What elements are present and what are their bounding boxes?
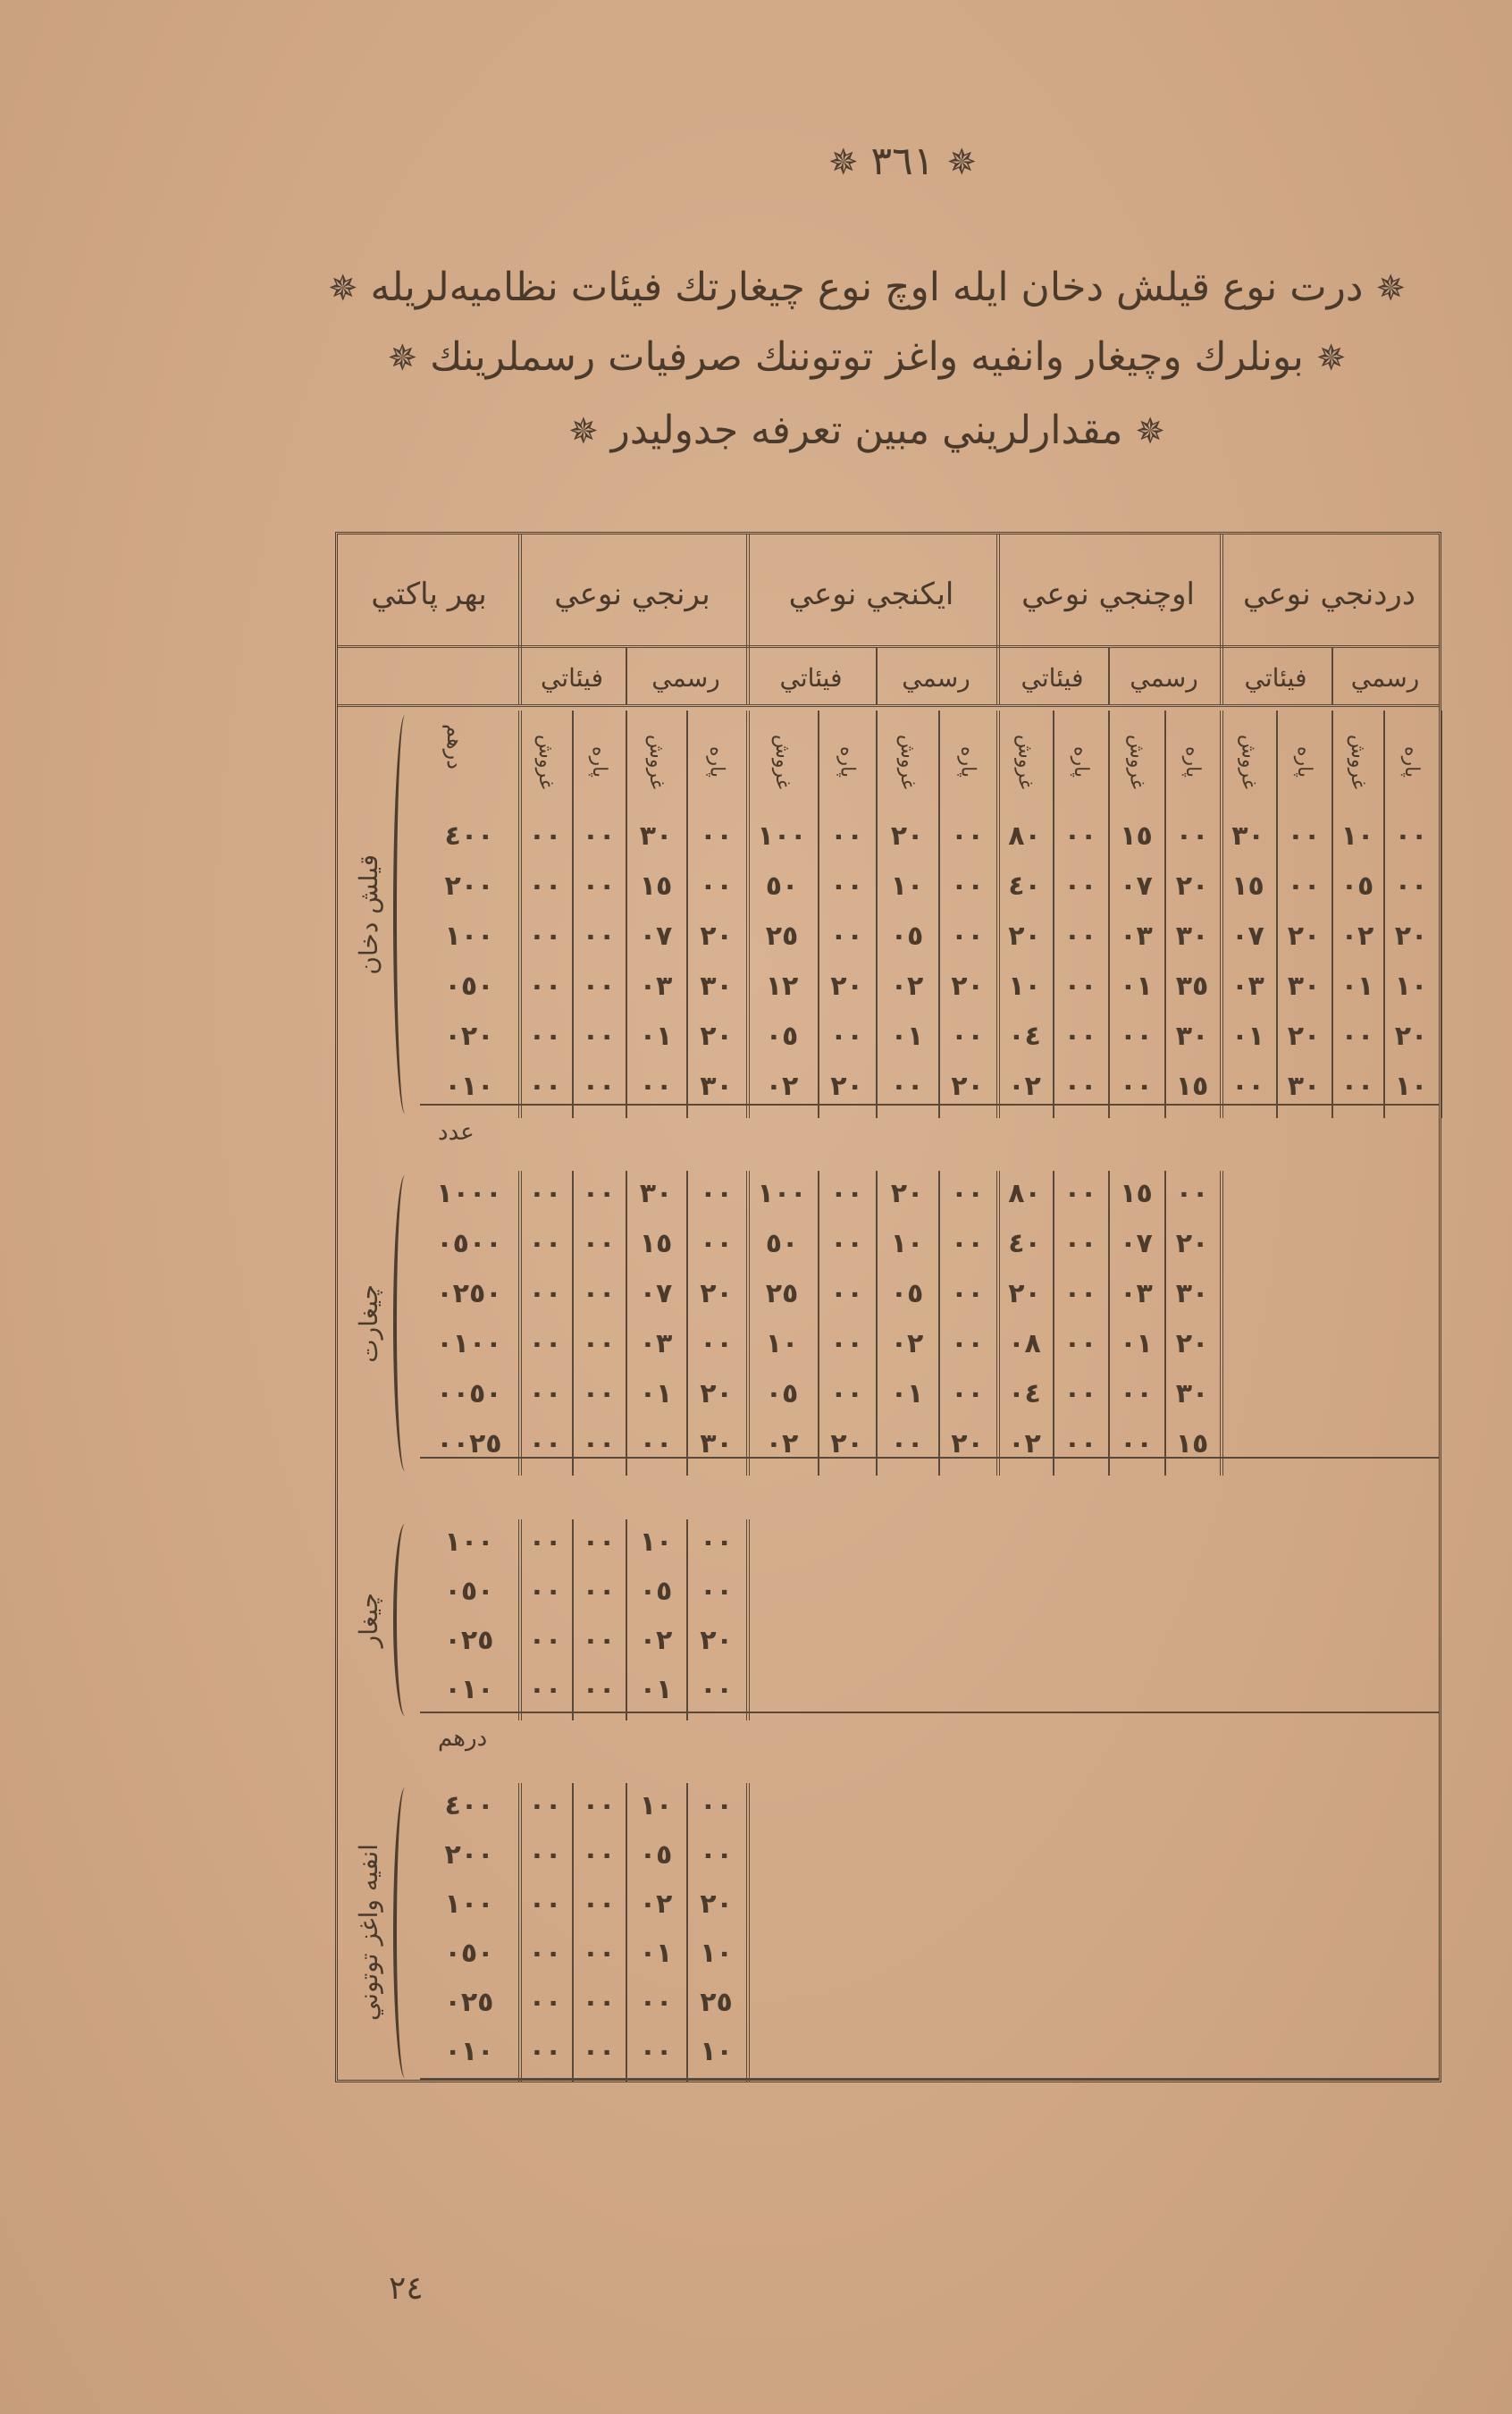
value-cell: ٣٠	[1220, 813, 1276, 858]
value-cell: ٠٠	[1053, 1014, 1108, 1058]
value-cell: ٢٠	[686, 1618, 746, 1662]
ornament-icon: ✵	[1316, 338, 1347, 379]
value-cell: ٠٢	[1331, 913, 1383, 958]
value-cell: ٠٠	[938, 1321, 996, 1366]
value-cell: ٠٢	[746, 1421, 818, 1466]
value-cell: ٠٥	[876, 1271, 938, 1316]
unit-label: عدد	[438, 1119, 475, 1146]
value-cell: ٢٠	[996, 913, 1053, 958]
value-cell: ٠٣	[1108, 913, 1164, 958]
value-cell: ٠٠	[938, 913, 996, 958]
value-cell: ٠٠	[938, 1371, 996, 1416]
value-cell: ٠٠	[818, 1321, 876, 1366]
title-line-2: ✵ بونلرك وچيغار وانفيه واغز توتوننك صرفي…	[268, 338, 1466, 377]
brace-icon	[393, 1175, 413, 1471]
section-name-text: انفيه واغز توتوني	[354, 1844, 383, 2021]
value-cell: ١٠	[746, 1321, 818, 1366]
value-cell: ٠٧	[1220, 913, 1276, 958]
value-cell: ١٠	[626, 1519, 686, 1564]
value-cell: ٠٠	[1053, 863, 1108, 908]
value-cell: ٠٠	[626, 2029, 686, 2073]
value-cell: ١٠	[626, 1783, 686, 1828]
quantity-cell: ٠٢٥٠	[420, 1271, 518, 1316]
subheader-resmi: رسمي	[1108, 651, 1220, 704]
value-cell: ٠٢	[876, 963, 938, 1008]
value-cell: ٢٠	[1276, 913, 1331, 958]
value-cell: ٠٠	[572, 1832, 626, 1877]
brace-icon	[393, 715, 413, 1114]
value-cell: ٠٠	[572, 813, 626, 858]
value-cell: ٠٠	[518, 1980, 572, 2024]
ornament-icon: ✵	[328, 268, 358, 309]
quantity-cell: ٢٠٠	[420, 863, 518, 908]
value-cell: ٢٠	[938, 1421, 996, 1466]
value-cell: ٠٠	[572, 1171, 626, 1215]
value-cell: ٠٠	[938, 1271, 996, 1316]
unit-kurus: غروش	[876, 719, 938, 804]
header-type-4: دردنجي نوعي	[1220, 541, 1439, 648]
title-text-2: بونلرك وچيغار وانفيه واغز توتوننك صرفيات…	[430, 334, 1304, 380]
value-cell: ٢٠	[818, 1064, 876, 1108]
value-cell: ١٥	[626, 863, 686, 908]
value-cell: ٠٠	[518, 1271, 572, 1316]
value-cell: ٠٠	[818, 1014, 876, 1058]
value-cell: ٢٠	[686, 1014, 746, 1058]
value-cell: ٠٥	[746, 1014, 818, 1058]
unit-kurus: غروش	[746, 719, 818, 804]
value-cell: ٠٠	[518, 1832, 572, 1877]
value-cell: ٠٢	[626, 1618, 686, 1662]
value-cell: ٠٣	[626, 963, 686, 1008]
quantity-cell: ٠٢٠	[420, 1014, 518, 1058]
value-cell: ٠٠	[686, 1519, 746, 1564]
value-cell: ٠٠	[572, 1783, 626, 1828]
value-cell: ٣٠	[1164, 1014, 1220, 1058]
value-cell: ٢٠	[686, 1371, 746, 1416]
value-cell: ٠٠	[686, 1221, 746, 1266]
value-cell: ٠٠	[938, 1014, 996, 1058]
value-cell: ١٠	[1383, 1064, 1439, 1108]
value-cell: ٣٠	[626, 1171, 686, 1215]
value-cell: ٢٠	[1383, 913, 1439, 958]
value-cell: ٣٠	[686, 1064, 746, 1108]
value-cell: ٣٠	[1164, 913, 1220, 958]
value-cell: ٠٠	[518, 1569, 572, 1613]
value-cell: ٠٠	[518, 1783, 572, 1828]
quantity-cell: ٠١٠	[420, 1064, 518, 1108]
value-cell: ٠٢	[876, 1321, 938, 1366]
value-cell: ٠٠	[572, 2029, 626, 2073]
value-cell: ٠٤	[996, 1371, 1053, 1416]
value-cell: ٠٠	[876, 1421, 938, 1466]
value-cell: ٠٠	[818, 1221, 876, 1266]
value-cell: ٠٠	[1331, 1014, 1383, 1058]
value-cell: ٠٠	[1276, 813, 1331, 858]
value-cell: ٠٠	[572, 1569, 626, 1613]
value-cell: ٠٠	[818, 1371, 876, 1416]
value-cell: ٠٠	[818, 863, 876, 908]
unit-para: پاره	[686, 719, 746, 804]
value-cell: ٢٥	[746, 913, 818, 958]
value-cell: ١٥	[626, 1221, 686, 1266]
subheader-resmi: رسمي	[876, 651, 996, 704]
signature-mark: ٢٤	[389, 2270, 424, 2307]
value-cell: ٠٠	[876, 1064, 938, 1108]
unit-para: پاره	[1276, 719, 1331, 804]
quantity-cell: ١٠٠	[420, 1519, 518, 1564]
value-cell: ٠٠	[572, 1667, 626, 1712]
value-cell: ٠٧	[626, 1271, 686, 1316]
value-cell: ١٥	[1108, 1171, 1164, 1215]
page-number: ✵ ٣٦١ ✵	[804, 139, 1001, 184]
quantity-cell: ٠٢٥	[420, 1980, 518, 2024]
quantity-cell: ١٠٠٠	[420, 1171, 518, 1215]
value-cell: ٠٢	[996, 1064, 1053, 1108]
value-cell: ٢٥	[686, 1980, 746, 2024]
value-cell: ٣٠	[1276, 1064, 1331, 1108]
unit-kurus: غروش	[996, 719, 1053, 804]
rule-line	[420, 2078, 1439, 2080]
value-cell: ٨٠	[996, 1171, 1053, 1215]
value-cell: ٣٠	[686, 1421, 746, 1466]
value-cell: ٠٠	[686, 1783, 746, 1828]
value-cell: ٠٠	[686, 863, 746, 908]
value-cell: ٠٠	[1053, 1371, 1108, 1416]
value-cell: ٢٠	[818, 1421, 876, 1466]
title-line-1: ✵ درت نوع قيلش دخان ايله اوچ نوع چيغارتك…	[268, 268, 1466, 307]
value-cell: ٠٠	[572, 1519, 626, 1564]
unit-para: پاره	[1383, 719, 1439, 804]
value-cell: ٠٥	[626, 1569, 686, 1613]
rule-line	[338, 704, 1439, 707]
value-cell: ٠٧	[1108, 1221, 1164, 1266]
value-cell: ٨٠	[996, 813, 1053, 858]
value-cell: ٠٧	[626, 913, 686, 958]
value-cell: ٠٠	[518, 1881, 572, 1926]
value-cell: ٠٠	[1053, 813, 1108, 858]
value-cell: ٢٠	[686, 913, 746, 958]
subheader-resmi: رسمي	[626, 651, 746, 704]
value-cell: ٠٠	[938, 1221, 996, 1266]
unit-kurus: غروش	[1108, 719, 1164, 804]
title-text-3: مقدارلريني مبين تعرفه جدوليدر	[611, 408, 1123, 453]
page-number-value: ٣٦١	[871, 139, 935, 184]
value-cell: ٠٠	[1053, 1271, 1108, 1316]
section-name: انفيه واغز توتوني	[344, 1783, 393, 2082]
value-cell: ٠٠	[1053, 1171, 1108, 1215]
unit-kurus: غروش	[626, 719, 686, 804]
value-cell: ٠٠	[1053, 1064, 1108, 1108]
value-cell: ٠٠	[518, 1321, 572, 1366]
value-cell: ٠٠	[686, 1321, 746, 1366]
quantity-cell: ٠١٠	[420, 2029, 518, 2073]
value-cell: ٠٠	[1108, 1421, 1164, 1466]
quantity-cell: ١٠٠	[420, 913, 518, 958]
section-name: چيغارت	[344, 1171, 393, 1476]
value-cell: ٠٥	[626, 1832, 686, 1877]
value-cell: ٠٠	[1108, 1014, 1164, 1058]
value-cell: ٢٠	[818, 963, 876, 1008]
value-cell: ٠١	[626, 1667, 686, 1712]
quantity-cell: ٤٠٠	[420, 813, 518, 858]
subheader-fiyati: فيئاتي	[1220, 651, 1331, 704]
quantity-cell: ٠١٠٠	[420, 1321, 518, 1366]
value-cell: ٠٠	[572, 1221, 626, 1266]
value-cell: ٠٠	[1383, 813, 1439, 858]
subheader-resmi: رسمي	[1331, 651, 1439, 704]
value-cell: ٣٠	[1164, 1371, 1220, 1416]
unit-label: درهم	[442, 724, 467, 770]
value-cell: ٠٥	[1331, 863, 1383, 908]
value-cell: ٢٠	[938, 1064, 996, 1108]
value-cell: ٣٠	[686, 963, 746, 1008]
value-cell: ٠٠	[1383, 863, 1439, 908]
value-cell: ١٥	[1108, 813, 1164, 858]
value-cell: ٢٠	[1164, 1321, 1220, 1366]
value-cell: ٠٠	[518, 1421, 572, 1466]
value-cell: ١٥	[1164, 1421, 1220, 1466]
value-cell: ٠٠	[518, 1667, 572, 1712]
value-cell: ٢٠	[1383, 1014, 1439, 1058]
value-cell: ٠٠	[518, 1519, 572, 1564]
value-cell: ٣٠	[1276, 963, 1331, 1008]
value-cell: ٠٠	[518, 1014, 572, 1058]
value-cell: ٠٤	[996, 1014, 1053, 1058]
value-cell: ٠٠	[572, 1064, 626, 1108]
header-type-1: برنجي نوعي	[518, 541, 746, 648]
value-cell: ٢٠	[938, 963, 996, 1008]
value-cell: ٠١	[626, 1371, 686, 1416]
value-cell: ٠١	[626, 1930, 686, 1975]
subheader-fiyati: فيئاتي	[996, 651, 1108, 704]
value-cell: ١٠	[686, 1930, 746, 1975]
value-cell: ٢٠	[1164, 1221, 1220, 1266]
value-cell: ٥٠	[746, 1221, 818, 1266]
value-cell: ٠٠	[518, 863, 572, 908]
value-cell: ٠٠	[1053, 1421, 1108, 1466]
value-cell: ٠٢	[626, 1881, 686, 1926]
value-cell: ٠١	[1108, 963, 1164, 1008]
quantity-cell: ٠١٠	[420, 1667, 518, 1712]
value-cell: ٠٠	[938, 1171, 996, 1215]
value-cell: ٠٠	[572, 1271, 626, 1316]
header-per-packet: بهر پاكتي	[340, 541, 518, 648]
column-rule	[746, 1783, 750, 2082]
value-cell: ٠٠	[518, 963, 572, 1008]
title-line-3: ✵ مقدارلريني مبين تعرفه جدوليدر ✵	[268, 411, 1466, 450]
value-cell: ٢٠	[686, 1881, 746, 1926]
quantity-cell: ٠٢٥	[420, 1618, 518, 1662]
value-cell: ٠٠	[1053, 963, 1108, 1008]
value-cell: ٠٠	[818, 913, 876, 958]
value-cell: ٠٠	[1164, 1171, 1220, 1215]
column-rule	[1439, 711, 1442, 1118]
unit-para: پاره	[1164, 719, 1220, 804]
value-cell: ٠٠	[938, 863, 996, 908]
value-cell: ٠٠	[518, 2029, 572, 2073]
value-cell: ٣٥	[1164, 963, 1220, 1008]
value-cell: ٠٣	[626, 1321, 686, 1366]
value-cell: ٠٠	[518, 913, 572, 958]
value-cell: ٠٨	[996, 1321, 1053, 1366]
value-cell: ١٠	[876, 1221, 938, 1266]
value-cell: ٣٠	[626, 813, 686, 858]
value-cell: ١٠٠	[746, 813, 818, 858]
value-cell: ١٠	[996, 963, 1053, 1008]
value-cell: ٠٠	[1164, 813, 1220, 858]
value-cell: ٠٠	[1276, 863, 1331, 908]
value-cell: ٠١	[876, 1371, 938, 1416]
value-cell: ٠٠	[572, 1930, 626, 1975]
unit-para: پاره	[1053, 719, 1108, 804]
value-cell: ١٥	[1220, 863, 1276, 908]
value-cell: ١٠٠	[746, 1171, 818, 1215]
brace-icon	[393, 1524, 413, 1716]
value-cell: ٠١	[1220, 1014, 1276, 1058]
quantity-cell: ٢٠٠	[420, 1832, 518, 1877]
value-cell: ٠٥	[876, 913, 938, 958]
value-cell: ٠١	[626, 1014, 686, 1058]
value-cell: ٢٠	[686, 1271, 746, 1316]
brace-icon	[393, 1787, 413, 2078]
value-cell: ٠٣	[1220, 963, 1276, 1008]
unit-label: درهم	[438, 1725, 487, 1752]
value-cell: ٢٠	[996, 1271, 1053, 1316]
value-cell: ١٢	[746, 963, 818, 1008]
value-cell: ٠٠	[818, 1271, 876, 1316]
value-cell: ٠٧	[1108, 863, 1164, 908]
value-cell: ٢٠	[1164, 863, 1220, 908]
value-cell: ٠٠	[572, 1014, 626, 1058]
value-cell: ٠٠	[518, 1930, 572, 1975]
value-cell: ١٠	[1383, 963, 1439, 1008]
value-cell: ٠٠	[518, 1171, 572, 1215]
rule-line	[420, 1712, 1439, 1713]
unit-kurus: غروش	[1331, 719, 1383, 804]
ornament-icon: ✵	[568, 411, 599, 452]
section-name: چيغار	[344, 1519, 393, 1720]
header-type-3: اوچنجي نوعي	[996, 541, 1220, 648]
ornament-icon: ✵	[1375, 268, 1406, 309]
value-cell: ١٠	[1331, 813, 1383, 858]
title-text-1: درت نوع قيلش دخان ايله اوچ نوع چيغارتك ف…	[371, 265, 1364, 310]
value-cell: ٠٠	[686, 813, 746, 858]
section-name-text: چيغار	[354, 1593, 383, 1647]
value-cell: ٠٠	[818, 813, 876, 858]
ornament-icon: ✵	[1135, 411, 1165, 452]
value-cell: ٠٠	[572, 1980, 626, 2024]
value-cell: ٠٢	[746, 1064, 818, 1108]
value-cell: ٢٥	[746, 1271, 818, 1316]
value-cell: ٠٠	[1053, 913, 1108, 958]
value-cell: ٣٠	[1164, 1271, 1220, 1316]
value-cell: ٢٠	[876, 813, 938, 858]
section-name-text: چيغارت	[354, 1284, 383, 1363]
value-cell: ١٠	[686, 2029, 746, 2073]
quantity-cell: ٠٠٢٥	[420, 1421, 518, 1466]
value-cell: ٠٠	[1053, 1321, 1108, 1366]
value-cell: ٠٠	[1220, 1064, 1276, 1108]
value-cell: ٠٠	[686, 1832, 746, 1877]
quantity-cell: ٠٥٠	[420, 1930, 518, 1975]
value-cell: ٠٠	[1331, 1064, 1383, 1108]
quantity-cell: ٠٥٠	[420, 1569, 518, 1613]
quantity-cell: ٠٥٠	[420, 963, 518, 1008]
value-cell: ٥٠	[746, 863, 818, 908]
ornament-icon: ✵	[946, 142, 977, 183]
value-cell: ٠٠	[686, 1171, 746, 1215]
value-cell: ٠٠	[626, 1421, 686, 1466]
value-cell: ٠٠	[518, 1371, 572, 1416]
value-cell: ٠٠	[686, 1667, 746, 1712]
value-cell: ٤٠	[996, 1221, 1053, 1266]
ornament-icon: ✵	[828, 142, 859, 183]
value-cell: ٠٠	[572, 1371, 626, 1416]
value-cell: ٠٠	[518, 1221, 572, 1266]
value-cell: ٠٠	[572, 1321, 626, 1366]
value-cell: ٠٠	[518, 1064, 572, 1108]
unit-para: پاره	[938, 719, 996, 804]
value-cell: ٠٢	[996, 1421, 1053, 1466]
value-cell: ٠٠	[518, 1618, 572, 1662]
value-cell: ٠٠	[818, 1171, 876, 1215]
value-cell: ٠٠	[572, 863, 626, 908]
unit-kurus: غروش	[1220, 719, 1276, 804]
value-cell: ١٠	[876, 863, 938, 908]
value-cell: ٠٠	[572, 963, 626, 1008]
ornament-icon: ✵	[388, 338, 418, 379]
value-cell: ٠١	[1108, 1321, 1164, 1366]
unit-para: پاره	[572, 719, 626, 804]
subheader-fiyati: فيئاتي	[518, 651, 626, 704]
value-cell: ١٥	[1164, 1064, 1220, 1108]
unit-para: پاره	[818, 719, 876, 804]
header-type-2: ايكنجي نوعي	[746, 541, 996, 648]
quantity-cell: ٤٠٠	[420, 1783, 518, 1828]
section-name-text: قيلش دخان	[354, 854, 383, 975]
column-rule	[746, 1519, 750, 1720]
value-cell: ٠٠	[572, 1618, 626, 1662]
value-cell: ٤٠	[996, 863, 1053, 908]
value-cell: ٠٠	[572, 1881, 626, 1926]
quantity-cell: ٠٥٠٠	[420, 1221, 518, 1266]
value-cell: ٠٠	[626, 1980, 686, 2024]
subheader-fiyati: فيئاتي	[746, 651, 876, 704]
column-rule	[1220, 1171, 1223, 1476]
value-cell: ٠٠	[1053, 1221, 1108, 1266]
value-cell: ٠١	[876, 1014, 938, 1058]
section-name: قيلش دخان	[344, 711, 393, 1118]
value-cell: ٠٠	[938, 813, 996, 858]
value-cell: ٠٣	[1108, 1271, 1164, 1316]
value-cell: ٠٠	[518, 813, 572, 858]
value-cell: ٢٠	[876, 1171, 938, 1215]
quantity-cell: ٠٠٥٠	[420, 1371, 518, 1416]
value-cell: ٠١	[1331, 963, 1383, 1008]
value-cell: ٢٠	[1276, 1014, 1331, 1058]
value-cell: ٠٠	[572, 913, 626, 958]
value-cell: ٠٠	[626, 1064, 686, 1108]
value-cell: ٠٠	[1108, 1371, 1164, 1416]
value-cell: ٠٠	[1108, 1064, 1164, 1108]
value-cell: ٠٥	[746, 1371, 818, 1416]
value-cell: ٠٠	[686, 1569, 746, 1613]
value-cell: ٠٠	[572, 1421, 626, 1466]
unit-kurus: غروش	[518, 719, 572, 804]
quantity-cell: ١٠٠	[420, 1881, 518, 1926]
